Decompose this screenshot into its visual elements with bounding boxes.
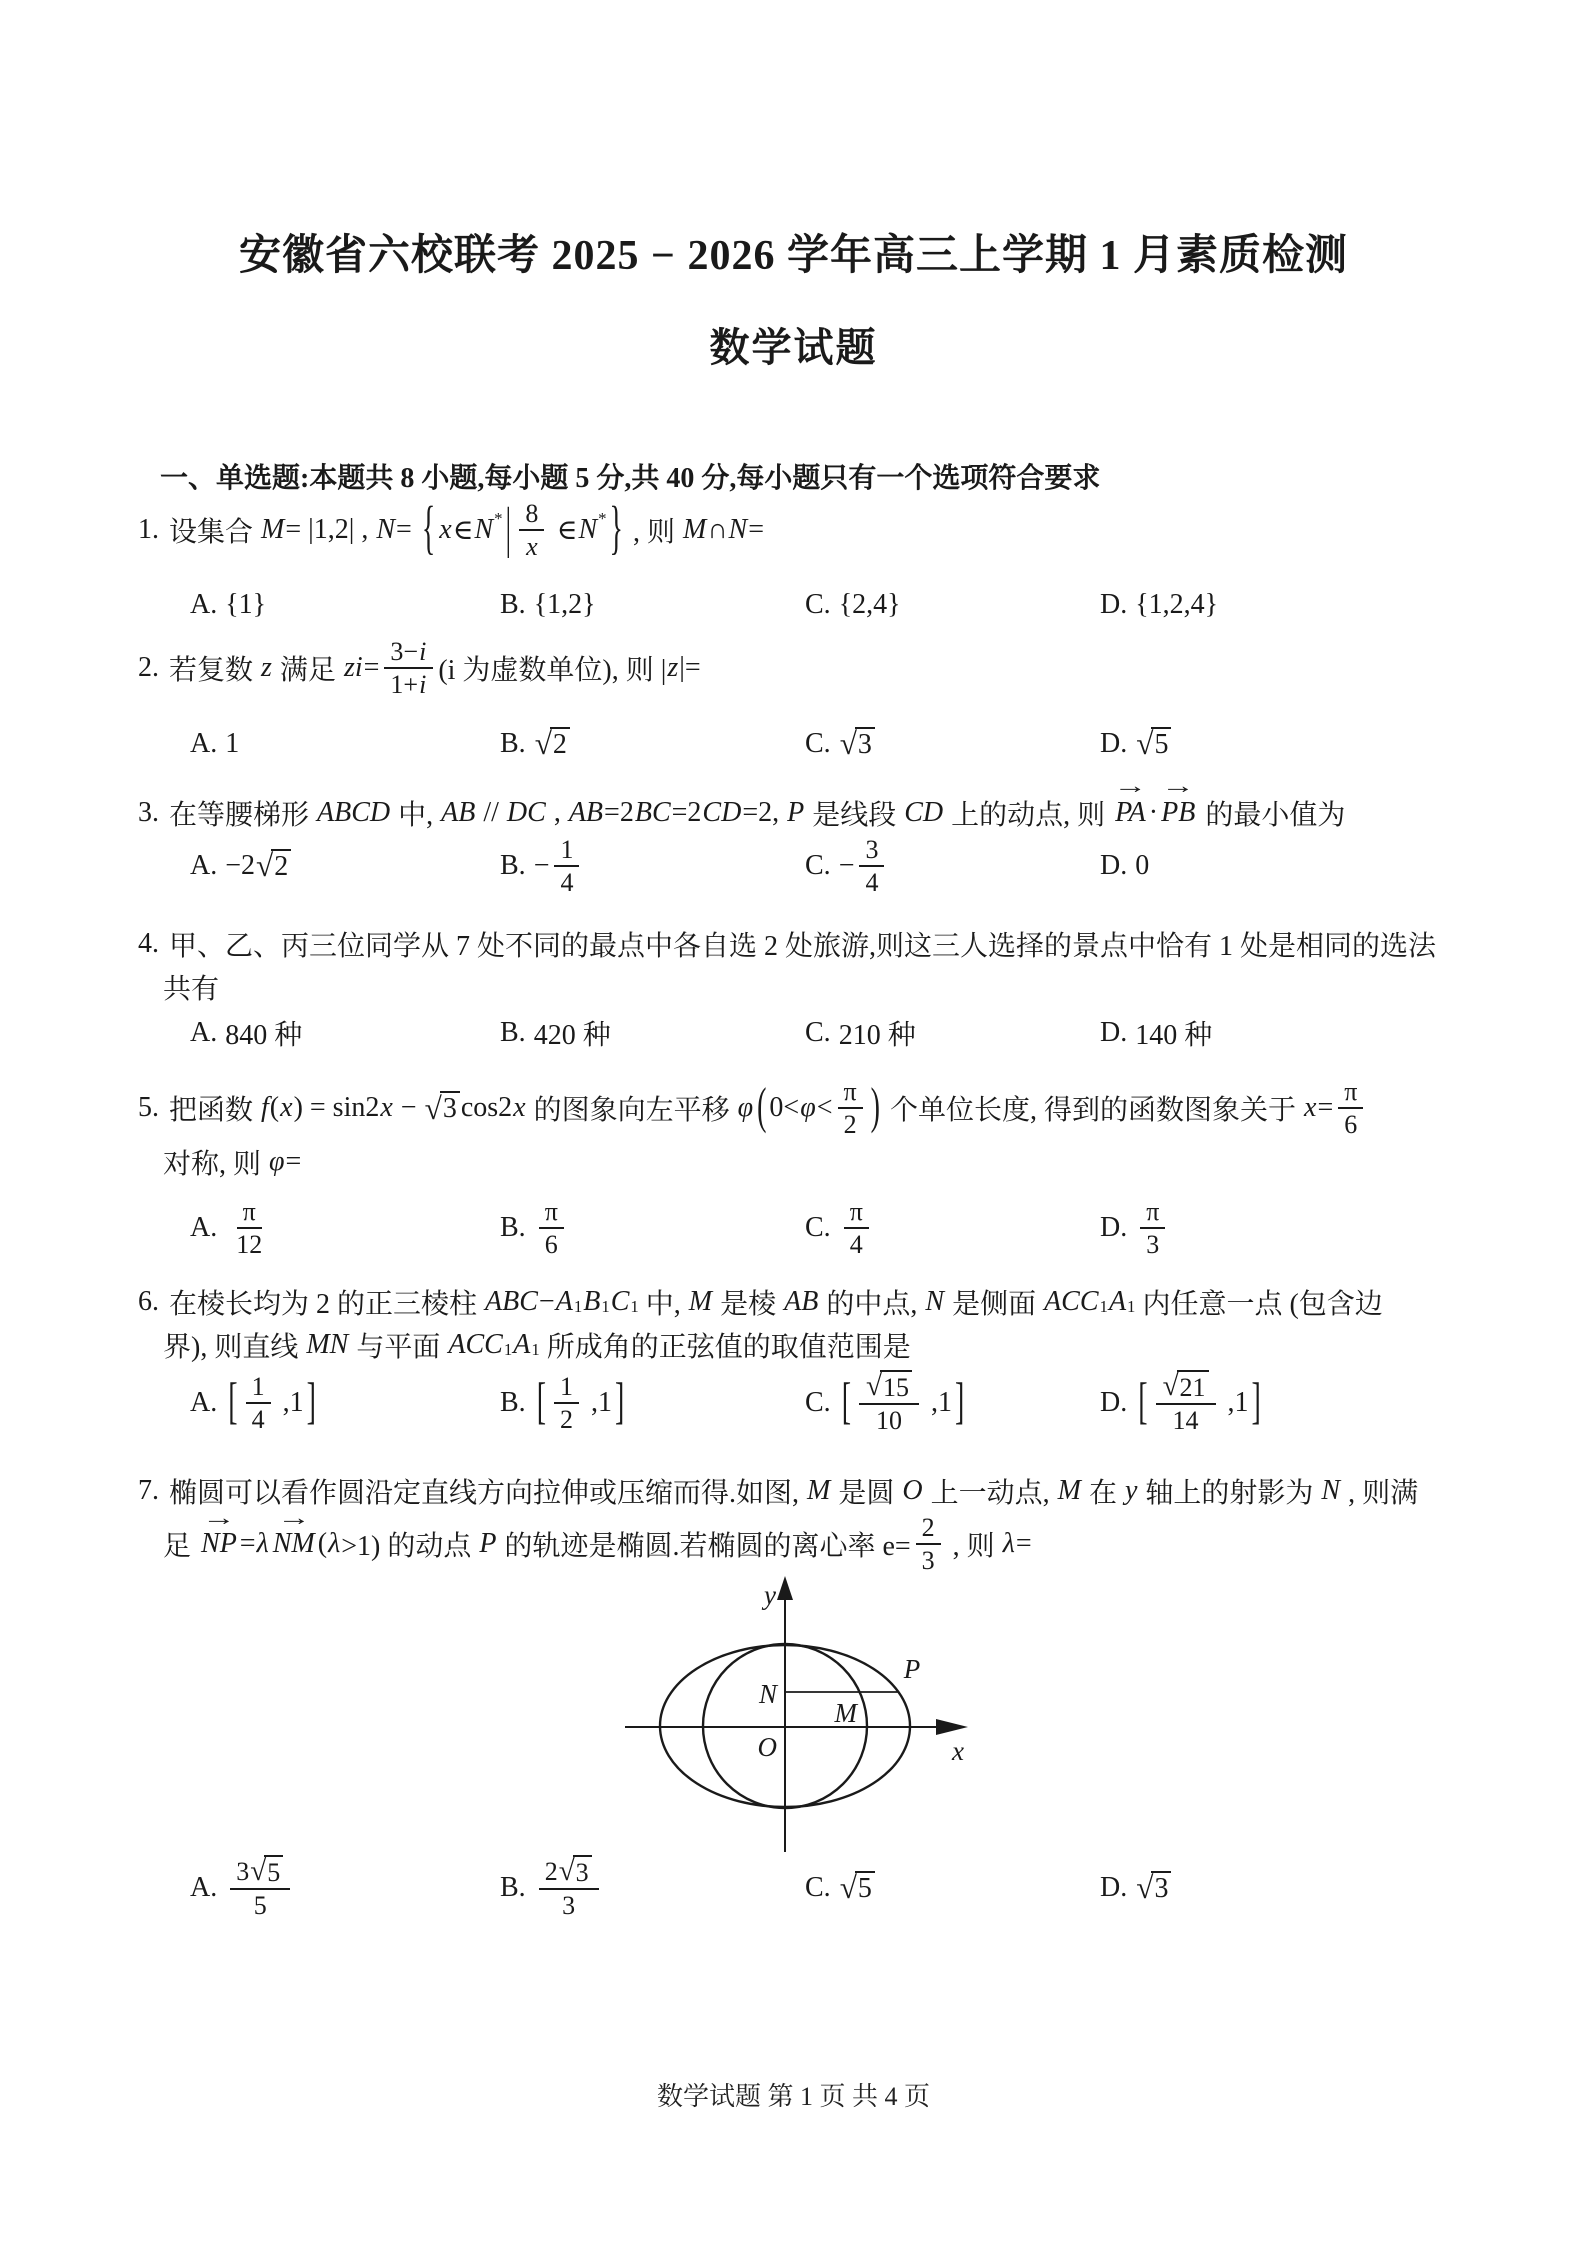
- t: =: [1016, 1528, 1032, 1560]
- t: 0<: [769, 1092, 799, 1124]
- option-label: C.: [805, 1017, 831, 1049]
- t: 与平面: [349, 1325, 447, 1365]
- t: = |1,2| ,: [285, 514, 375, 546]
- t: π: [1344, 1076, 1357, 1107]
- t: =: [240, 1528, 256, 1560]
- mi: A: [512, 1329, 531, 1361]
- option-b: B.√2: [500, 706, 571, 782]
- mi: B: [582, 1286, 601, 1318]
- label-o: O: [758, 1732, 778, 1762]
- option-c: C.[√1510 ,1]: [805, 1365, 967, 1441]
- rbody: 5: [855, 1871, 875, 1905]
- t: 的图象向左平移: [527, 1088, 737, 1128]
- t: 界), 则直线: [163, 1325, 305, 1365]
- fd: 3: [1140, 1229, 1165, 1260]
- t: =: [286, 1146, 302, 1178]
- frac: π12: [230, 1196, 268, 1260]
- sqrt: √3: [1136, 1871, 1171, 1905]
- options-row-q4: A.840 种B.420 种C.210 种D.140 种: [190, 995, 1490, 1071]
- bigd: {: [422, 501, 435, 560]
- option-content: √5: [1135, 727, 1172, 761]
- option-c: C.π4: [805, 1190, 874, 1266]
- t: 满足: [273, 648, 343, 688]
- mi: O: [901, 1475, 923, 1507]
- question-1: 1.设集合 M= |1,2| , N= {x∈N*|8x ∈N*} , 则 M∩…: [138, 498, 1458, 562]
- fd: 2: [554, 1404, 579, 1435]
- options-row-q3: A.−2√2B.−14C.−34D.0: [190, 828, 1490, 904]
- option-content: {1,2}: [534, 589, 596, 621]
- frac: 3−i1+i: [384, 636, 433, 700]
- option-content: 1: [225, 728, 239, 760]
- option-content: −34: [839, 834, 890, 898]
- t: 2: [922, 1512, 935, 1543]
- option-label: D.: [1100, 1872, 1127, 1904]
- vec: →NP: [201, 1528, 237, 1560]
- mi: x: [438, 514, 452, 546]
- frac: 3√55: [230, 1855, 290, 1921]
- fn: 2: [916, 1512, 941, 1545]
- t: 5: [267, 1857, 280, 1888]
- fd: 3: [556, 1890, 581, 1921]
- option-b: B.[12 ,1]: [500, 1365, 627, 1441]
- t: ,1: [924, 1387, 952, 1419]
- bigd: ): [871, 1083, 880, 1133]
- t: 3−: [390, 636, 418, 667]
- t: π: [243, 1196, 256, 1227]
- bigd: ]: [955, 1378, 964, 1428]
- option-a: A.[14 ,1]: [190, 1365, 319, 1441]
- option-a: A.3√55: [190, 1850, 295, 1926]
- t: 210 种: [839, 1013, 916, 1053]
- frac: 14: [554, 834, 579, 898]
- option-content: [12 ,1]: [534, 1371, 628, 1435]
- mi: z: [260, 652, 273, 684]
- option-label: B.: [500, 1872, 526, 1904]
- option-d: D.140 种: [1100, 995, 1212, 1071]
- option-label: B.: [500, 1017, 526, 1049]
- rbody: 21: [1177, 1370, 1209, 1403]
- option-label: B.: [500, 728, 526, 760]
- frac: 34: [859, 834, 884, 898]
- t: −2: [225, 850, 255, 882]
- t: −: [539, 1286, 555, 1318]
- question-6: 6.在棱长均为 2 的正三棱柱 ABC−A1B1C1 中, M 是棱 AB 的中…: [138, 1280, 1458, 1366]
- question-line: 足 →NP=λ→NM(λ>1) 的动点 P 的轨迹是椭圆.若椭圆的离心率 e=2…: [138, 1512, 1458, 1576]
- option-b: B.{1,2}: [500, 567, 596, 643]
- question-7: 7.椭圆可以看作圆沿定直线方向拉伸或压缩而得.如图, M 是圆 O 上一动点, …: [138, 1469, 1458, 1576]
- option-a: A.−2√2: [190, 828, 292, 904]
- fn: 2√3: [539, 1855, 599, 1890]
- frac: √1510: [859, 1370, 919, 1436]
- sqrt: √2: [535, 727, 570, 761]
- mi: x: [525, 531, 539, 562]
- y-axis-arrow-icon: [777, 1576, 793, 1600]
- option-label: A.: [190, 1017, 217, 1049]
- mi: N: [473, 514, 494, 546]
- fd: 4: [246, 1404, 271, 1435]
- t: 140 种: [1135, 1013, 1212, 1053]
- frac: 12: [554, 1371, 579, 1435]
- question-number: 6.: [138, 1286, 159, 1318]
- t: 5: [1154, 729, 1168, 761]
- t: 甲、乙、丙三位同学从 7 处不同的最点中各自选 2 处旅游,则这三人选择的景点中…: [169, 924, 1436, 964]
- mi: N: [577, 514, 598, 546]
- t: =2: [672, 797, 702, 829]
- option-content: [√1510 ,1]: [839, 1370, 968, 1436]
- mi: λ: [327, 1528, 341, 1560]
- fn: 3−i: [384, 636, 433, 669]
- option-label: B.: [500, 589, 526, 621]
- vbody: NM: [273, 1528, 315, 1559]
- t: 3: [858, 729, 872, 761]
- rbody: 5: [264, 1855, 283, 1888]
- t: 1: [560, 834, 573, 865]
- t: =: [1317, 1092, 1333, 1124]
- option-c: C.{2,4}: [805, 567, 901, 643]
- fd: 2: [838, 1109, 863, 1140]
- label-p: P: [903, 1654, 921, 1684]
- t: (: [270, 1092, 279, 1124]
- question-number: 3.: [138, 797, 159, 829]
- t: 的最小值为: [1198, 793, 1345, 833]
- sqrt: √5: [840, 1871, 875, 1905]
- option-c: C.210 种: [805, 995, 916, 1071]
- option-content: π3: [1135, 1196, 1170, 1260]
- t: 4: [560, 867, 573, 898]
- rbody: 3: [440, 1091, 460, 1125]
- t: 3: [236, 1856, 249, 1887]
- sqrt: √3: [559, 1855, 592, 1888]
- t: 10: [876, 1405, 902, 1436]
- fn: √15: [859, 1370, 919, 1405]
- option-label: A.: [190, 850, 217, 882]
- question-number: 1.: [138, 514, 159, 546]
- rbody: 5: [1151, 727, 1171, 761]
- fd: 6: [1338, 1109, 1363, 1140]
- option-label: D.: [1100, 1212, 1127, 1244]
- option-content: 2√33: [534, 1855, 604, 1921]
- option-d: D.√3: [1100, 1850, 1172, 1926]
- question-line: 5.把函数 f(x) = sin2x − √3cos2x 的图象向左平移 φ(0…: [138, 1076, 1458, 1140]
- option-b: B.−14: [500, 828, 584, 904]
- t: 3: [562, 1890, 575, 1921]
- t: 在等腰梯形: [169, 793, 316, 833]
- vec: →NM: [273, 1528, 315, 1560]
- question-line: 2.若复数 z 满足 zi=3−i1+i(i 为虚数单位), 则 |z|=: [138, 636, 1458, 700]
- question-number: 4.: [138, 928, 159, 960]
- fd: 1+i: [384, 669, 433, 700]
- t: −: [394, 1092, 424, 1124]
- t: 14: [1173, 1405, 1199, 1436]
- mi: zi: [343, 652, 364, 684]
- t: 是线段: [805, 793, 903, 833]
- mi: A: [1108, 1286, 1127, 1318]
- option-content: {1}: [225, 589, 266, 621]
- t: ∈: [550, 513, 578, 547]
- t: ) = sin2: [294, 1092, 380, 1124]
- t: 3: [443, 1093, 457, 1125]
- bigd: ]: [307, 1378, 316, 1428]
- page-title: 安徽省六校联考 2025 − 2026 学年高三上学期 1 月素质检测: [0, 222, 1587, 282]
- frac: 23: [916, 1512, 941, 1576]
- x-axis-arrow-icon: [936, 1719, 968, 1735]
- mi: ACC: [1043, 1286, 1099, 1318]
- option-content: {1,2,4}: [1135, 589, 1218, 621]
- option-content: [14 ,1]: [225, 1371, 319, 1435]
- option-content: 0: [1135, 850, 1149, 882]
- t: , 则: [626, 510, 682, 550]
- fd: 14: [1167, 1405, 1205, 1436]
- t: 3: [1154, 1873, 1168, 1905]
- option-content: 420 种: [534, 1013, 611, 1053]
- t: 6: [545, 1229, 558, 1260]
- fd: 4: [859, 867, 884, 898]
- t: 1+: [390, 669, 418, 700]
- option-d: D.π3: [1100, 1190, 1170, 1266]
- fn: π: [838, 1076, 863, 1109]
- t: 上一动点,: [924, 1471, 1057, 1511]
- option-content: √3: [839, 727, 876, 761]
- option-label: C.: [805, 589, 831, 621]
- vbody: NP: [201, 1528, 237, 1559]
- question-number: 5.: [138, 1092, 159, 1124]
- mi: N: [375, 514, 396, 546]
- t: (i 为虚数单位), 则 |: [438, 648, 666, 688]
- t: =2,: [742, 797, 786, 829]
- rbody: 2: [271, 849, 291, 883]
- t: =: [364, 652, 380, 684]
- options-row-q2: A.1B.√2C.√3D.√5: [190, 706, 1490, 782]
- bigd: [: [1138, 1378, 1147, 1428]
- option-label: A.: [190, 728, 217, 760]
- label-y: y: [761, 1580, 776, 1610]
- varr: →: [192, 1507, 246, 1529]
- t: 中,: [391, 793, 440, 833]
- t: 12: [236, 1229, 262, 1260]
- t: 是棱: [713, 1282, 783, 1322]
- ellipse-circle-figure: y x N O M P: [600, 1570, 1000, 1870]
- fn: π: [237, 1196, 262, 1229]
- mi: N: [924, 1286, 945, 1318]
- option-content: √2: [534, 727, 571, 761]
- sqrt: √5: [250, 1855, 283, 1888]
- t: ,1: [584, 1387, 612, 1419]
- t: (: [318, 1528, 327, 1560]
- t: {2,4}: [839, 589, 901, 621]
- option-content: √5: [839, 1871, 876, 1905]
- frac: π4: [844, 1196, 869, 1260]
- t: {1,2,4}: [1135, 589, 1218, 621]
- option-label: D.: [1100, 850, 1127, 882]
- section-heading: 一、单选题:本题共 8 小题,每小题 5 分,共 40 分,每小题只有一个选项符…: [160, 456, 1100, 496]
- mi: x: [1303, 1092, 1317, 1124]
- question-line: 7.椭圆可以看作圆沿定直线方向拉伸或压缩而得.如图, M 是圆 O 上一动点, …: [138, 1469, 1458, 1512]
- mi: φ: [799, 1092, 817, 1124]
- option-d: D.[√2114 ,1]: [1100, 1365, 1264, 1441]
- option-b: B.π6: [500, 1190, 569, 1266]
- sqrt: √21: [1163, 1370, 1209, 1403]
- t: 4: [850, 1229, 863, 1260]
- option-content: √3: [1135, 1871, 1172, 1905]
- mi: MN: [305, 1329, 349, 1361]
- option-label: C.: [805, 1872, 831, 1904]
- bigd: }: [610, 501, 623, 560]
- vbody: PB: [1161, 797, 1195, 828]
- varr: →: [262, 1507, 325, 1529]
- bigd: ]: [1252, 1378, 1261, 1428]
- t: =2: [604, 797, 634, 829]
- fn: 8: [519, 498, 544, 531]
- option-content: 210 种: [839, 1013, 916, 1053]
- mi: f: [260, 1092, 270, 1124]
- option-content: π12: [225, 1196, 273, 1260]
- t: 个单位长度, 得到的函数图象关于: [883, 1088, 1303, 1128]
- t: ,1: [276, 1387, 304, 1419]
- t: 4: [252, 1404, 265, 1435]
- option-label: A.: [190, 1212, 217, 1244]
- frac: π6: [1338, 1076, 1363, 1140]
- mi: z: [666, 652, 679, 684]
- mi: P: [478, 1528, 497, 1560]
- frac: 2√33: [539, 1855, 599, 1921]
- mi: φ: [268, 1146, 286, 1178]
- mi: CD: [701, 797, 742, 829]
- t: 所成角的正弦值的取值范围是: [540, 1325, 911, 1365]
- option-content: −2√2: [225, 849, 292, 883]
- bigd: |: [506, 502, 512, 558]
- t: 2: [844, 1109, 857, 1140]
- t: 中,: [639, 1282, 688, 1322]
- t: 足: [163, 1524, 198, 1564]
- question-line: 对称, 则 φ=: [138, 1140, 1458, 1183]
- fn: √21: [1156, 1370, 1216, 1405]
- t: 2: [560, 1404, 573, 1435]
- mi: M: [260, 514, 285, 546]
- question-line: 6.在棱长均为 2 的正三棱柱 ABC−A1B1C1 中, M 是棱 AB 的中…: [138, 1280, 1458, 1323]
- t: |=: [679, 652, 700, 684]
- mi: AB: [783, 1286, 819, 1318]
- option-label: D.: [1100, 728, 1127, 760]
- t: 2: [274, 851, 288, 883]
- bigd: ]: [615, 1378, 624, 1428]
- fn: 1: [554, 834, 579, 867]
- t: 的中点,: [819, 1282, 924, 1322]
- t: 若复数: [169, 648, 260, 688]
- t: ∩: [707, 514, 727, 546]
- t: >1) 的动点: [341, 1524, 478, 1564]
- option-a: A.1: [190, 706, 239, 782]
- t: 1: [560, 1371, 573, 1402]
- t: 上的动点, 则: [944, 793, 1112, 833]
- mi: N: [728, 514, 749, 546]
- option-label: B.: [500, 1387, 526, 1419]
- mi: P: [786, 797, 805, 829]
- t: ·: [1149, 797, 1158, 829]
- mi: y: [1124, 1475, 1138, 1507]
- option-content: 3√55: [225, 1855, 295, 1921]
- vec: →PA: [1115, 797, 1146, 829]
- t: 6: [1344, 1109, 1357, 1140]
- rbody: 2: [550, 727, 570, 761]
- t: ∈: [453, 513, 474, 547]
- mi: x: [279, 1092, 293, 1124]
- t: π: [545, 1196, 558, 1227]
- option-content: {2,4}: [839, 589, 901, 621]
- label-n: N: [758, 1679, 779, 1709]
- mi: λ: [256, 1528, 270, 1560]
- t: ,1: [1221, 1387, 1249, 1419]
- t: =: [748, 514, 764, 546]
- t: 设集合: [169, 510, 260, 550]
- bigd: [: [228, 1378, 237, 1428]
- t: <: [817, 1092, 833, 1124]
- bigd: [: [842, 1378, 851, 1428]
- t: , 则满: [1341, 1471, 1418, 1511]
- frac: π3: [1140, 1196, 1165, 1260]
- t: 对称, 则: [163, 1142, 268, 1182]
- t: π: [850, 1196, 863, 1227]
- page-footer: 数学试题 第 1 页 共 4 页: [0, 2076, 1587, 2113]
- rbody: 3: [1151, 1871, 1171, 1905]
- fd: 4: [844, 1229, 869, 1260]
- t: {1}: [225, 589, 266, 621]
- t: 内任意一点 (包含边: [1135, 1282, 1382, 1322]
- t: 2: [545, 1856, 558, 1887]
- option-c: C.√3: [805, 706, 876, 782]
- fn: π: [1140, 1196, 1165, 1229]
- question-number: 2.: [138, 652, 159, 684]
- mi: ACC: [447, 1329, 503, 1361]
- t: π: [1146, 1196, 1159, 1227]
- question-line: 1.设集合 M= |1,2| , N= {x∈N*|8x ∈N*} , 则 M∩…: [138, 498, 1458, 562]
- frac: √2114: [1156, 1370, 1216, 1436]
- t: 3: [1146, 1229, 1159, 1260]
- mi: M: [1057, 1475, 1082, 1507]
- t: 是圆: [831, 1471, 901, 1511]
- option-content: 840 种: [225, 1013, 302, 1053]
- page-subtitle: 数学试题: [0, 316, 1587, 373]
- option-label: C.: [805, 728, 831, 760]
- sqrt: √3: [840, 727, 875, 761]
- fn: 1: [246, 1371, 271, 1404]
- frac: 14: [246, 1371, 271, 1435]
- mi: M: [806, 1475, 831, 1507]
- rbody: 15: [880, 1370, 912, 1403]
- t: 3: [576, 1857, 589, 1888]
- t: ,: [547, 797, 568, 829]
- t: −: [534, 850, 550, 882]
- bigd: (: [757, 1083, 766, 1133]
- t: 15: [883, 1372, 909, 1403]
- sqrt: √2: [256, 849, 291, 883]
- t: 5: [858, 1873, 872, 1905]
- t: π: [844, 1076, 857, 1107]
- mi: A: [555, 1286, 574, 1318]
- t: 8: [525, 498, 538, 529]
- fd: 6: [539, 1229, 564, 1260]
- question-5: 5.把函数 f(x) = sin2x − √3cos2x 的图象向左平移 φ(0…: [138, 1076, 1458, 1183]
- option-label: B.: [500, 1212, 526, 1244]
- bigd: [: [537, 1378, 546, 1428]
- t: //: [476, 797, 506, 829]
- rbody: 3: [855, 727, 875, 761]
- mi: BC: [634, 797, 672, 829]
- question-2: 2.若复数 z 满足 zi=3−i1+i(i 为虚数单位), 则 |z|=: [138, 636, 1458, 700]
- mi: AB: [568, 797, 604, 829]
- mi: ABC: [484, 1286, 539, 1318]
- option-label: C.: [805, 1387, 831, 1419]
- label-x: x: [951, 1736, 964, 1766]
